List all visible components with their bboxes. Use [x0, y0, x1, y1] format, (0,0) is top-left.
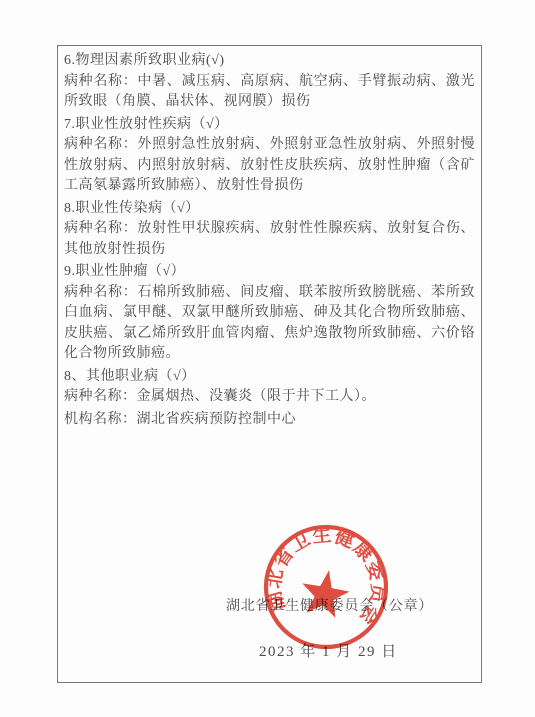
entry-title: 6.物理因素所致职业病(√) [64, 51, 475, 72]
entry-title: 7.职业性放射性疾病（√） [64, 115, 475, 136]
entry-title: 8.职业性传染病（√） [64, 199, 475, 220]
entry-other-diseases: 8、其他职业病（√） 病种名称：金属烟热、没囊炎（限于井下工人）。 [64, 367, 475, 408]
entry-radiation-diseases: 7.职业性放射性疾病（√） 病种名称：外照射急性放射病、外照射亚急性放射病、外照… [64, 115, 475, 197]
entry-body: 病种名称：外照射急性放射病、外照射亚急性放射病、外照射慢性放射病、内照射放射病、… [64, 135, 475, 197]
seal-caption: 湖北省卫生健康委员会（公章） [226, 595, 433, 615]
seal-date: 2023 年 1 月 29 日 [259, 640, 398, 661]
entry-physical-factors: 6.物理因素所致职业病(√) 病种名称：中暑、减压病、高原病、航空病、手臂振动病… [64, 51, 475, 113]
entry-infectious-diseases: 8.职业性传染病（√） 病种名称：放射性甲状腺疾病、放射性性腺疾病、放射复合伤、… [64, 199, 475, 261]
entry-body: 病种名称：放射性甲状腺疾病、放射性性腺疾病、放射复合伤、其他放射性损伤 [64, 219, 475, 260]
document-frame: 6.物理因素所致职业病(√) 病种名称：中暑、减压病、高原病、航空病、手臂振动病… [57, 45, 482, 683]
entry-title: 8、其他职业病（√） [64, 367, 475, 388]
page: 6.物理因素所致职业病(√) 病种名称：中暑、减压病、高原病、航空病、手臂振动病… [0, 0, 535, 717]
institution-line: 机构名称：湖北省疾病预防控制中心 [64, 410, 475, 431]
entry-body: 病种名称：金属烟热、没囊炎（限于井下工人）。 [64, 387, 475, 408]
entry-title: 9.职业性肿瘤（√） [64, 262, 475, 283]
entry-body: 病种名称：石棉所致肺癌、间皮瘤、联苯胺所致膀胱癌、苯所致白血病、氯甲醚、双氯甲醚… [64, 283, 475, 365]
entry-body: 病种名称：中暑、减压病、高原病、航空病、手臂振动病、激光所致眼（角膜、晶状体、视… [64, 72, 475, 113]
entry-occupational-tumors: 9.职业性肿瘤（√） 病种名称：石棉所致肺癌、间皮瘤、联苯胺所致膀胱癌、苯所致白… [64, 262, 475, 365]
